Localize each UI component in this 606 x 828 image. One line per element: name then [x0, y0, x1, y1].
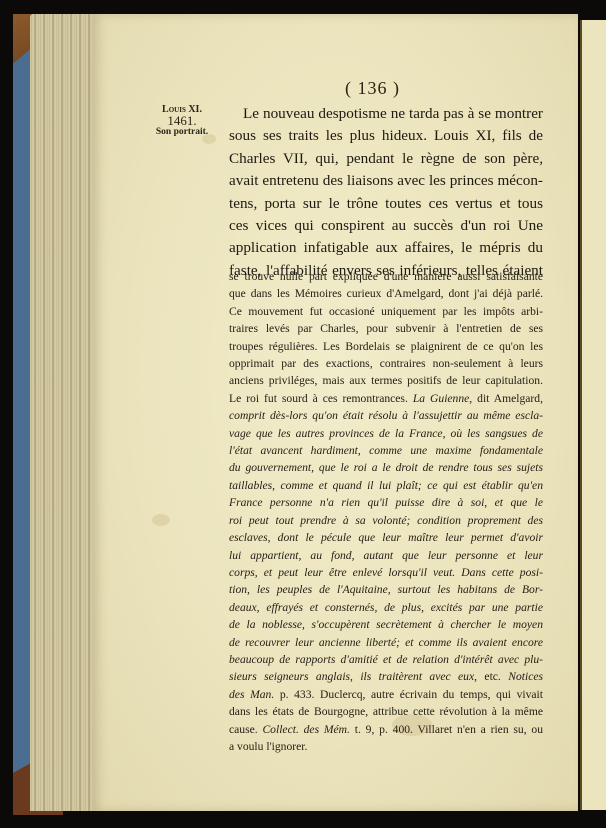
- main-text-line: sous ses traits les plus hideux. Louis X…: [229, 125, 543, 147]
- footnote-line: tion, les peuples de l'Aquitaine, surtou…: [229, 581, 543, 598]
- footnote-italic-text: corps, et peut leur être enlevé lorsqu'i…: [229, 566, 543, 579]
- footnote-line: du gouvernement, que le roi a le droit d…: [229, 459, 543, 476]
- footnote-text: p. 433. Duclercq, autre écrivain du temp…: [274, 688, 543, 701]
- page-edges: [30, 14, 92, 811]
- main-text-line: tens, porta sur le trône toutes ces vert…: [229, 193, 543, 215]
- footnote-text: cause.: [229, 723, 262, 736]
- footnote-italic-text: beaucoup de rapports d'amitié et de rela…: [229, 653, 543, 666]
- footnote-text: Ce mouvement fut occasioné uniquement pa…: [229, 305, 543, 318]
- footnote-italic-text: de la noblesse, s'occupèrent secrètement…: [229, 618, 543, 631]
- footnote-italic-text: La Guienne,: [413, 392, 472, 405]
- footnote-line: opprimait par des exactions, contraires …: [229, 355, 543, 372]
- footnote-italic-text: lui appartient, au fond, autant que leur…: [229, 549, 543, 562]
- footnote-italic-text: France personne n'a rien qu'il puisse di…: [229, 496, 543, 509]
- footnote-text: anciens priviléges, mais aux termes posi…: [229, 374, 543, 387]
- footnote-text: t. 9, p. 400. Villaret n'en a rien su, o…: [350, 723, 543, 736]
- footnote-line: France personne n'a rien qu'il puisse di…: [229, 494, 543, 511]
- footnote-italic-text: esclaves, dont le pécule que leur maître…: [229, 531, 543, 544]
- page-number: ( 136 ): [345, 78, 400, 99]
- footnote-line: Le roi fut sourd à ces remontrances. La …: [229, 390, 543, 407]
- footnote-text: traires levés par Charles, pour subvenir…: [229, 322, 543, 335]
- footnote-line: roi peut tout prendre à sa volonté; cond…: [229, 512, 543, 529]
- footnote-line: beaucoup de rapports d'amitié et de rela…: [229, 651, 543, 668]
- footnote-line: corps, et peut leur être enlevé lorsqu'i…: [229, 564, 543, 581]
- footnote-line: dans les états de Bourgogne, attribue ce…: [229, 703, 543, 720]
- main-text-line: Le nouveau despotisme ne tarda pas à se …: [229, 103, 543, 125]
- margin-note: Louis XI. 1461. Son portrait.: [142, 104, 222, 138]
- footnote-italic-text: sieurs seigneurs anglais, ils traitèrent…: [229, 670, 474, 683]
- footnote-line: que dans les Mémoires curieux d'Amelgard…: [229, 285, 543, 302]
- footnote-line: sieurs seigneurs anglais, ils traitèrent…: [229, 668, 543, 685]
- footnote-text: opprimait par des exactions, contraires …: [229, 357, 543, 370]
- footnote-line: taillables, comme et quand il lui plaît;…: [229, 477, 543, 494]
- footnote-italic-text: tion, les peuples de l'Aquitaine, surtou…: [229, 583, 543, 596]
- footnote-italic-text: comprit dès-lors qu'on était résolu à l'…: [229, 409, 543, 422]
- footnote-line: Ce mouvement fut occasioné uniquement pa…: [229, 303, 543, 320]
- footnote-line: a voulu l'ignorer.: [229, 738, 543, 755]
- footnote-text: a voulu l'ignorer.: [229, 740, 307, 753]
- footnote-text: que dans les Mémoires curieux d'Amelgard…: [229, 287, 543, 300]
- footnote-italic-text: des Man.: [229, 688, 274, 701]
- footnote-line: esclaves, dont le pécule que leur maître…: [229, 529, 543, 546]
- footnote-line: anciens priviléges, mais aux termes posi…: [229, 372, 543, 389]
- footnote-italic-text: roi peut tout prendre à sa volonté; cond…: [229, 514, 543, 527]
- footnote-line: comprit dès-lors qu'on était résolu à l'…: [229, 407, 543, 424]
- footnote-line: deaux, effrayés et consternés, de plus, …: [229, 599, 543, 616]
- footnote-text: se trouve nulle part expliquée d'une man…: [229, 270, 543, 283]
- footnote-italic-text: Notices: [508, 670, 543, 683]
- footnote-italic-text: du gouvernement, que le roi a le droit d…: [229, 461, 543, 474]
- footnote-text: , etc.: [474, 670, 508, 683]
- footnote-line: de recouvrer leur ancienne liberté; et c…: [229, 634, 543, 651]
- foxing-stain: [152, 514, 170, 526]
- footnote-line: cause. Collect. des Mém. t. 9, p. 400. V…: [229, 721, 543, 738]
- main-text-line: application infatigable aux affaires, le…: [229, 237, 543, 259]
- footnote-italic-text: vage que les autres provinces de la Fran…: [229, 427, 543, 440]
- footnote-italic-text: taillables, comme et quand il lui plaît;…: [229, 479, 543, 492]
- footnote-line: se trouve nulle part expliquée d'une man…: [229, 268, 543, 285]
- footnote-line: des Man. p. 433. Duclercq, autre écrivai…: [229, 686, 543, 703]
- footnote: se trouve nulle part expliquée d'une man…: [229, 268, 543, 755]
- main-text-line: avait entretenu des liaisons avec les pr…: [229, 170, 543, 192]
- main-text-line: Charles VII, qui, pendant le règne de so…: [229, 148, 543, 170]
- footnote-italic-text: l'état avancent hardiment, comme une max…: [229, 444, 543, 457]
- footnote-line: lui appartient, au fond, autant que leur…: [229, 547, 543, 564]
- footnote-italic-text: de recouvrer leur ancienne liberté; et c…: [229, 636, 543, 649]
- footnote-text: dit Amelgard,: [472, 392, 543, 405]
- footnote-line: traires levés par Charles, pour subvenir…: [229, 320, 543, 337]
- footnote-line: vage que les autres provinces de la Fran…: [229, 425, 543, 442]
- footnote-text: Le roi fut sourd à ces remontrances.: [229, 392, 413, 405]
- margin-note-subtitle: Son portrait.: [142, 127, 222, 138]
- footnote-italic-text: Collect. des Mém.: [262, 723, 350, 736]
- footnote-text: dans les états de Bourgogne, attribue ce…: [229, 705, 543, 718]
- main-text: Le nouveau despotisme ne tarda pas à se …: [229, 103, 543, 282]
- margin-note-year: 1461.: [142, 115, 222, 127]
- main-text-line: ces vices qui conspirent au succès d'un …: [229, 215, 543, 237]
- footnote-line: l'état avancent hardiment, comme une max…: [229, 442, 543, 459]
- facing-page-edge: [580, 20, 606, 810]
- footnote-line: de la noblesse, s'occupèrent secrètement…: [229, 616, 543, 633]
- footnote-line: troupes régulières. Les Bordelais se pla…: [229, 338, 543, 355]
- footnote-text: troupes régulières. Les Bordelais se pla…: [229, 340, 543, 353]
- footnote-italic-text: deaux, effrayés et consternés, de plus, …: [229, 601, 543, 614]
